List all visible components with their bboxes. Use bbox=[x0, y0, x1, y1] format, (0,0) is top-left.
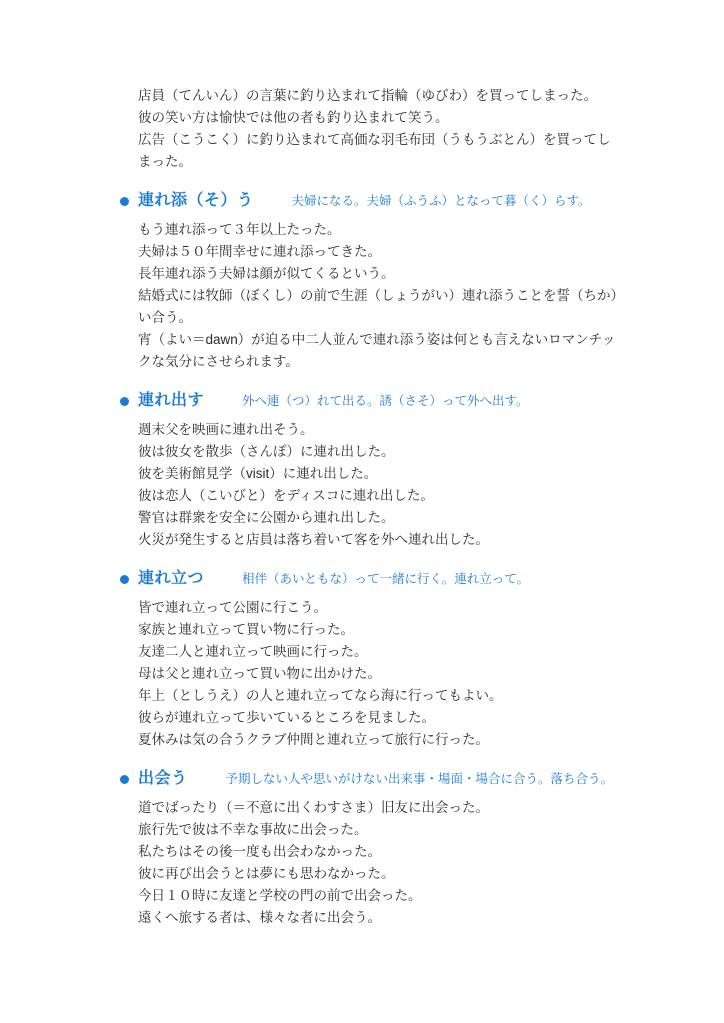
dictionary-entry: 連れ立つ 相伴（あいともな）って一緒に行く。連れ立って。 皆で連れ立って公園に行… bbox=[120, 567, 644, 751]
example-line: 店員（てんいん）の言葉に釣り込まれて指輪（ゆびわ）を買ってしまった。 bbox=[138, 85, 630, 107]
intro-examples: 店員（てんいん）の言葉に釣り込まれて指輪（ゆびわ）を買ってしまった。彼の笑い方は… bbox=[138, 85, 630, 173]
example-line: 皆で連れ立って公園に行こう。 bbox=[138, 597, 630, 619]
example-line: 道でばったり（＝不意に出くわすさま）旧友に出会った。 bbox=[138, 797, 630, 819]
entry-term: 出会う bbox=[138, 767, 188, 791]
example-line: 宵（よい＝dawn）が迫る中二人並んで連れ添う姿は何とも言えないロマンチッ bbox=[138, 329, 630, 351]
entry-heading: 出会う 予期しない人や思いがけない出来事・場面・場合に合う。落ち合う。 bbox=[120, 767, 644, 791]
example-line: もう連れ添って３年以上たった。 bbox=[138, 219, 630, 241]
example-line: 結婚式には牧師（ぼくし）の前で生涯（しょうがい）連れ添うことを誓（ちか） bbox=[138, 285, 630, 307]
example-line: 家族と連れ立って買い物に行った。 bbox=[138, 619, 630, 641]
example-line: 母は父と連れ立って買い物に出かけた。 bbox=[138, 663, 630, 685]
example-line: 広告（こうこく）に釣り込まれて高価な羽毛布団（うもうぶとん）を買ってし bbox=[138, 129, 630, 151]
example-line: 長年連れ添う夫婦は顔が似てくるという。 bbox=[138, 263, 630, 285]
entry-examples: もう連れ添って３年以上たった。夫婦は５０年間幸せに連れ添ってきた。長年連れ添う夫… bbox=[138, 219, 630, 373]
example-line: 週末父を映画に連れ出そう。 bbox=[138, 419, 630, 441]
example-line: 彼の笑い方は愉快では他の者も釣り込まれて笑う。 bbox=[138, 107, 630, 129]
entry-examples: 道でばったり（＝不意に出くわすさま）旧友に出会った。旅行先で彼は不幸な事故に出会… bbox=[138, 797, 630, 929]
entry-heading: 連れ出す 外へ連（つ）れて出る。誘（さそ）って外へ出す。 bbox=[120, 389, 644, 413]
entry-term: 連れ立つ bbox=[138, 567, 204, 591]
example-line: 火災が発生すると店員は落ち着いて客を外へ連れ出した。 bbox=[138, 529, 630, 551]
bullet-icon bbox=[120, 197, 129, 206]
dictionary-entry: 連れ出す 外へ連（つ）れて出る。誘（さそ）って外へ出す。 週末父を映画に連れ出そ… bbox=[120, 389, 644, 551]
entry-heading: 連れ立つ 相伴（あいともな）って一緒に行く。連れ立って。 bbox=[120, 567, 644, 591]
example-line: 夏休みは気の合うクラブ仲間と連れ立って旅行に行った。 bbox=[138, 729, 630, 751]
bullet-icon bbox=[120, 575, 129, 584]
entry-definition: 夫婦になる。夫婦（ふうふ）となって暮（く）らす。 bbox=[292, 189, 591, 213]
example-line: い合う。 bbox=[138, 307, 630, 329]
example-line: 旅行先で彼は不幸な事故に出会った。 bbox=[138, 819, 630, 841]
entry-term: 連れ添（そ）う bbox=[138, 189, 254, 213]
entry-definition: 外へ連（つ）れて出る。誘（さそ）って外へ出す。 bbox=[242, 389, 529, 413]
example-line: 友達二人と連れ立って映画に行った。 bbox=[138, 641, 630, 663]
example-line: 今日１０時に友達と学校の門の前で出会った。 bbox=[138, 885, 630, 907]
entry-term: 連れ出す bbox=[138, 389, 204, 413]
example-line: 遠くへ旅する者は、様々な者に出会う。 bbox=[138, 907, 630, 929]
dictionary-entry: 出会う 予期しない人や思いがけない出来事・場面・場合に合う。落ち合う。 道でばっ… bbox=[120, 767, 644, 929]
example-line: 夫婦は５０年間幸せに連れ添ってきた。 bbox=[138, 241, 630, 263]
example-line: 彼らが連れ立って歩いているところを見ました。 bbox=[138, 707, 630, 729]
example-line: 彼は彼女を散歩（さんぽ）に連れ出した。 bbox=[138, 441, 630, 463]
example-line: 年上（としうえ）の人と連れ立ってなら海に行ってもよい。 bbox=[138, 685, 630, 707]
example-line: クな気分にさせられます。 bbox=[138, 351, 630, 373]
example-line: 警官は群衆を安全に公園から連れ出した。 bbox=[138, 507, 630, 529]
bullet-icon bbox=[120, 397, 129, 406]
example-line: 私たちはその後一度も出会わなかった。 bbox=[138, 841, 630, 863]
entry-definition: 予期しない人や思いがけない出来事・場面・場合に合う。落ち合う。 bbox=[226, 767, 614, 791]
example-line: 彼は恋人（こいびと）をディスコに連れ出した。 bbox=[138, 485, 630, 507]
entry-examples: 皆で連れ立って公園に行こう。家族と連れ立って買い物に行った。友達二人と連れ立って… bbox=[138, 597, 630, 751]
entry-heading: 連れ添（そ）う 夫婦になる。夫婦（ふうふ）となって暮（く）らす。 bbox=[120, 189, 644, 213]
entry-examples: 週末父を映画に連れ出そう。彼は彼女を散歩（さんぽ）に連れ出した。彼を美術館見学（… bbox=[138, 419, 630, 551]
example-line: 彼を美術館見学（visit）に連れ出した。 bbox=[138, 463, 630, 485]
entry-definition: 相伴（あいともな）って一緒に行く。連れ立って。 bbox=[242, 567, 529, 591]
dictionary-entry: 連れ添（そ）う 夫婦になる。夫婦（ふうふ）となって暮（く）らす。 もう連れ添って… bbox=[120, 189, 644, 373]
document-page: 店員（てんいん）の言葉に釣り込まれて指輪（ゆびわ）を買ってしまった。彼の笑い方は… bbox=[0, 0, 724, 1023]
entry-list: 連れ添（そ）う 夫婦になる。夫婦（ふうふ）となって暮（く）らす。 もう連れ添って… bbox=[120, 189, 644, 929]
bullet-icon bbox=[120, 775, 129, 784]
example-line: 彼に再び出会うとは夢にも思わなかった。 bbox=[138, 863, 630, 885]
example-line: まった。 bbox=[138, 151, 630, 173]
